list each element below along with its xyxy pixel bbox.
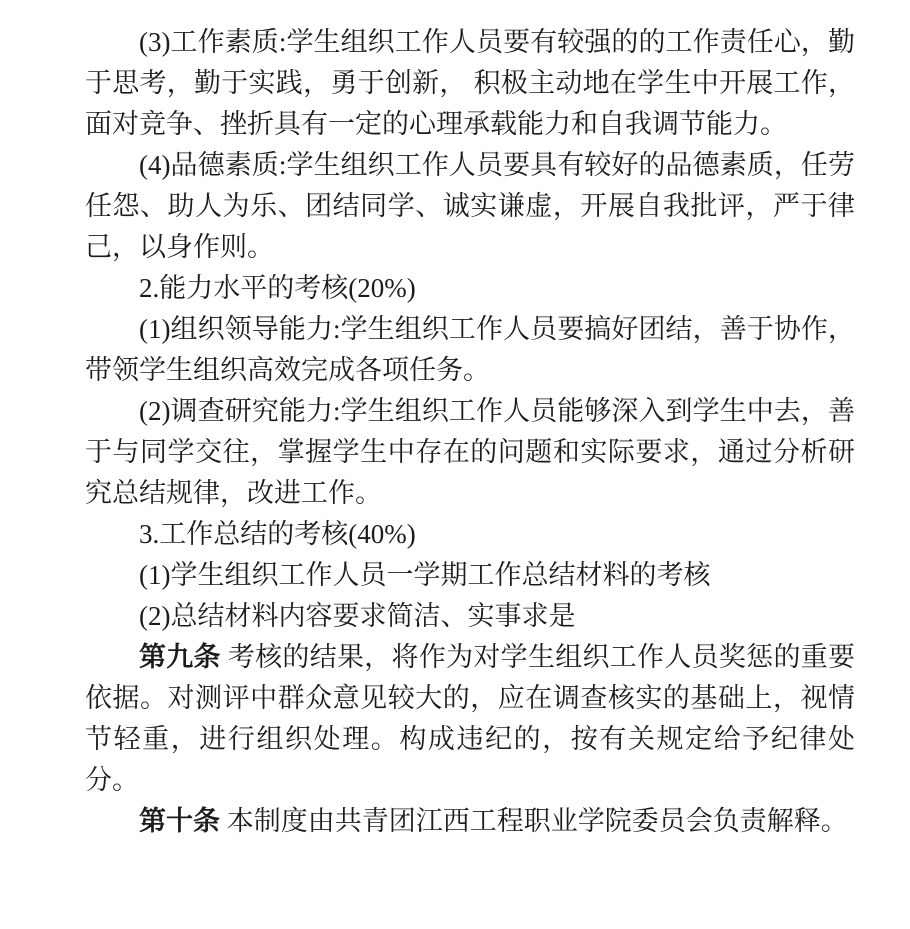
paragraph-text: 本制度由共青团江西工程职业学院委员会负责解释。 [220,806,848,836]
paragraph-article-ten: 第十条 本制度由共青团江西工程职业学院委员会负责解释。 [85,801,855,842]
paragraph-research-ability: (2)调查研究能力:学生组织工作人员能够深入到学生中去，善于与同学交往，掌握学生… [85,391,855,514]
paragraph-text: (2)总结材料内容要求简洁、实事求是 [139,601,575,631]
paragraph-summary-assessment: (1)学生组织工作人员一学期工作总结材料的考核 [85,555,855,596]
article-nine-number: 第九条 [139,642,221,672]
paragraph-article-nine: 第九条 考核的结果，将作为对学生组织工作人员奖惩的重要依据。对测评中群众意见较大… [85,637,855,801]
paragraph-work-quality: (3)工作素质:学生组织工作人员要有较强的的工作责任心，勤于思考，勤于实践，勇于… [85,22,855,145]
paragraph-summary-requirements: (2)总结材料内容要求简洁、实事求是 [85,596,855,637]
paragraph-text: 3.工作总结的考核(40%) [139,519,416,549]
paragraph-text: (3)工作素质:学生组织工作人员要有较强的的工作责任心，勤于思考，勤于实践，勇于… [85,27,855,139]
document-page: (3)工作素质:学生组织工作人员要有较强的的工作责任心，勤于思考，勤于实践，勇于… [0,0,910,929]
paragraph-text: (4)品德素质:学生组织工作人员要具有较好的品德素质，任劳任怨、助人为乐、团结同… [85,150,855,262]
paragraph-text: (1)组织领导能力:学生组织工作人员要搞好团结，善于协作，带领学生组织高效完成各… [85,314,855,385]
paragraph-work-summary-heading: 3.工作总结的考核(40%) [85,514,855,555]
paragraph-leadership-ability: (1)组织领导能力:学生组织工作人员要搞好团结，善于协作，带领学生组织高效完成各… [85,309,855,391]
paragraph-text: (1)学生组织工作人员一学期工作总结材料的考核 [139,560,710,590]
article-ten-number: 第十条 [139,806,220,836]
paragraph-ability-assessment-heading: 2.能力水平的考核(20%) [85,268,855,309]
paragraph-text: (2)调查研究能力:学生组织工作人员能够深入到学生中去，善于与同学交往，掌握学生… [85,396,855,508]
paragraph-text: 2.能力水平的考核(20%) [139,273,416,303]
paragraph-moral-quality: (4)品德素质:学生组织工作人员要具有较好的品德素质，任劳任怨、助人为乐、团结同… [85,145,855,268]
